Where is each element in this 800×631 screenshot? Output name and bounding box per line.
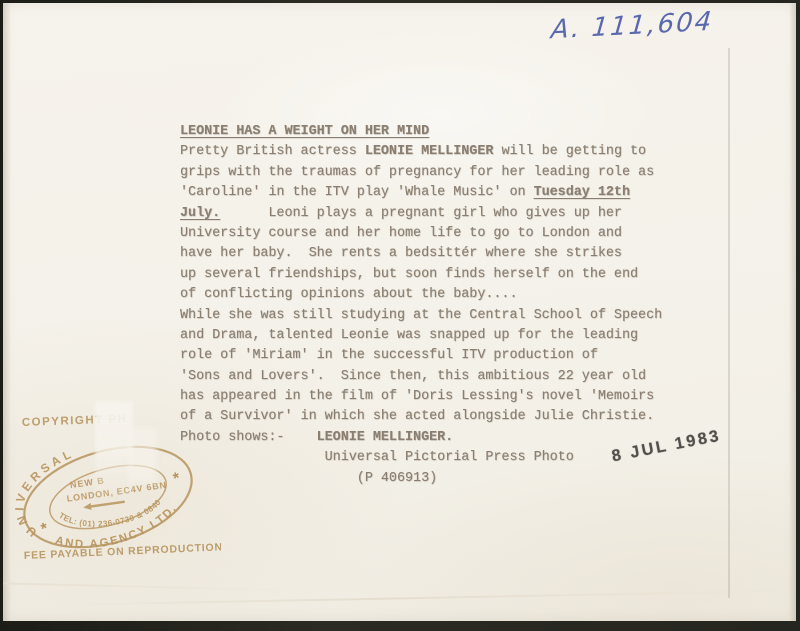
typed-caption: LEONIE HAS A WEIGHT ON HER MINDPretty Br…	[180, 122, 662, 489]
typed-line: up several friendships, but soon finds h…	[180, 265, 662, 285]
typed-line: July. Leoni plays a pregnant girl who gi…	[180, 204, 662, 224]
typed-line: Pretty British actress LEONIE MELLINGER …	[180, 142, 662, 162]
typed-line: role of 'Miriam' in the successful ITV p…	[180, 346, 662, 366]
paper-crease	[95, 401, 133, 501]
typed-line: University course and her home life to g…	[180, 224, 662, 244]
typed-line: 'Caroline' in the ITV play 'Whale Music'…	[180, 183, 662, 203]
typed-line: grips with the traumas of pregnancy for …	[180, 163, 662, 183]
typed-line: 'Sons and Lovers'. Since then, this ambi…	[180, 367, 662, 387]
stamp-star-right-icon: *	[171, 470, 182, 488]
paper: A. 111,604 LEONIE HAS A WEIGHT ON HER MI…	[3, 3, 796, 621]
typed-line: of conflicting opinions about the baby..…	[180, 285, 662, 305]
typed-line: Universal Pictorial Press Photo	[180, 448, 662, 468]
typed-line: LEONIE HAS A WEIGHT ON HER MIND	[180, 122, 662, 142]
typed-line: has appeared in the film of 'Doris Lessi…	[180, 387, 662, 407]
typed-line: (P 406913)	[180, 469, 662, 489]
paper-crease	[728, 48, 730, 598]
typed-line: of a Survivor' in which she acted alongs…	[180, 407, 662, 427]
paper-crease	[129, 428, 157, 483]
paper-crease	[3, 582, 303, 591]
typed-line: have her baby. She rents a bedsittér whe…	[180, 244, 662, 264]
typed-line: and Drama, talented Leonie was snapped u…	[180, 326, 662, 346]
typed-line: Photo shows:- LEONIE MELLINGER.	[180, 428, 662, 448]
photo-back-scan: A. 111,604 LEONIE HAS A WEIGHT ON HER MI…	[0, 0, 800, 631]
handwritten-reference: A. 111,604	[550, 7, 715, 46]
typed-line: While she was still studying at the Cent…	[180, 306, 662, 326]
paper-crease	[43, 590, 793, 606]
stamp-star-left-icon: *	[39, 520, 50, 538]
